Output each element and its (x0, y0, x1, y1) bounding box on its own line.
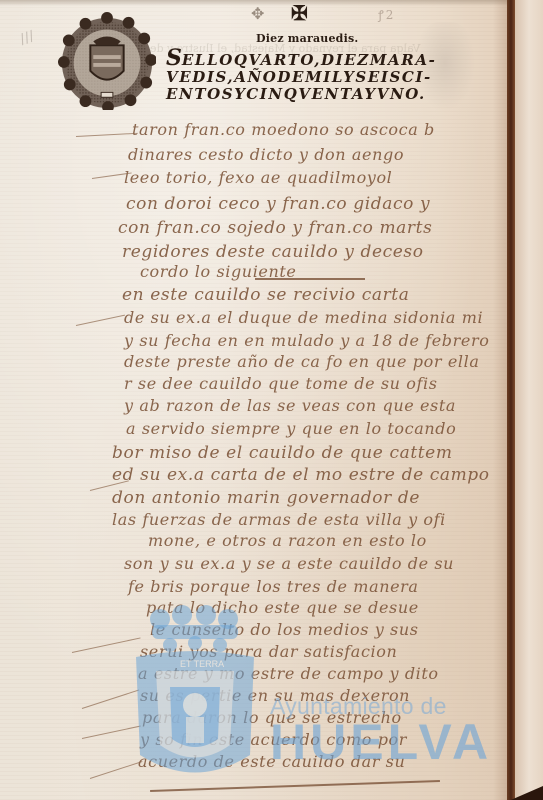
manuscript-line: con doroi ceco y fran.co gidaco y (126, 194, 430, 214)
closing-rule (150, 780, 440, 792)
margin-flourish (90, 761, 143, 779)
manuscript-line: dinares cesto dicto y don aengo (128, 145, 404, 164)
manuscript-line: deste preste año de ca fo en que por ell… (124, 352, 479, 371)
manuscript-page: /// ✥ ✠ ꝭ2 Diez marauedis. (0, 0, 543, 800)
manuscript-line: r se dee cauildo que tome de su ofis (124, 374, 438, 393)
manuscript-line: acuerdo de este cauildo dar su (138, 752, 405, 771)
manuscript-line: leeo torio, fexo ae quadilmoyol (124, 168, 392, 187)
manuscript-line: regidores deste cauildo y deceso (122, 242, 424, 262)
manuscript-line: le cunselto do los medios y sus (150, 620, 419, 639)
manuscript-line: a estre y mo estre de campo y dito (138, 664, 439, 683)
manuscript-line: bor miso de el cauildo de que cattem (112, 443, 453, 463)
margin-flourish (76, 315, 125, 326)
margin-flourish (82, 726, 141, 739)
margin-flourish (82, 689, 139, 708)
manuscript-line: para daron lo que se estrecho (142, 708, 402, 727)
manuscript-line: ed su ex.a carta de el mo estre de campo (112, 465, 490, 485)
manuscript-line: y su fecha en en mulado y a 18 de febrer… (124, 331, 489, 350)
manuscript-line: taron fran.co moedono so ascoca b (132, 120, 435, 139)
manuscript-line: a servido siempre y que en lo tocando (126, 419, 456, 438)
manuscript-line: pata lo dicho este que se desue (146, 598, 419, 617)
manuscript-line: don antonio marin governador de (112, 488, 420, 508)
gutter-shade (493, 0, 507, 800)
manuscript-line: su es pertie en su mas dexeron (140, 686, 410, 705)
margin-flourish (72, 637, 141, 653)
book-binding-edge (493, 0, 543, 800)
line-fill-rule (255, 278, 365, 280)
adjacent-page-edge (515, 0, 543, 800)
manuscript-line: en este cauildo se recivio carta (122, 285, 409, 305)
manuscript-line: mone, e otros a razon en esto lo (148, 531, 427, 550)
binding-spine (507, 0, 515, 800)
manuscript-line: fe bris porque los tres de manera (128, 577, 419, 596)
manuscript-line: de su ex.a el duque de medina sidonia mi (124, 308, 483, 327)
manuscript-line: con fran.co sojedo y fran.co marts (118, 218, 432, 238)
manuscript-line: y so fin este acuerdo como por (140, 730, 407, 749)
manuscript-line: y ab razon de las se veas con que esta (124, 396, 456, 415)
manuscript-line: las fuerzas de armas de esta villa y ofi (112, 510, 446, 529)
manuscript-line: son y su ex.a y se a este cauildo de su (124, 554, 454, 573)
manuscript-line: serui yos para dar satisfacion (140, 642, 397, 661)
manuscript-body: taron fran.co moedono so ascoca b dinare… (0, 0, 543, 800)
margin-flourish (76, 133, 136, 137)
